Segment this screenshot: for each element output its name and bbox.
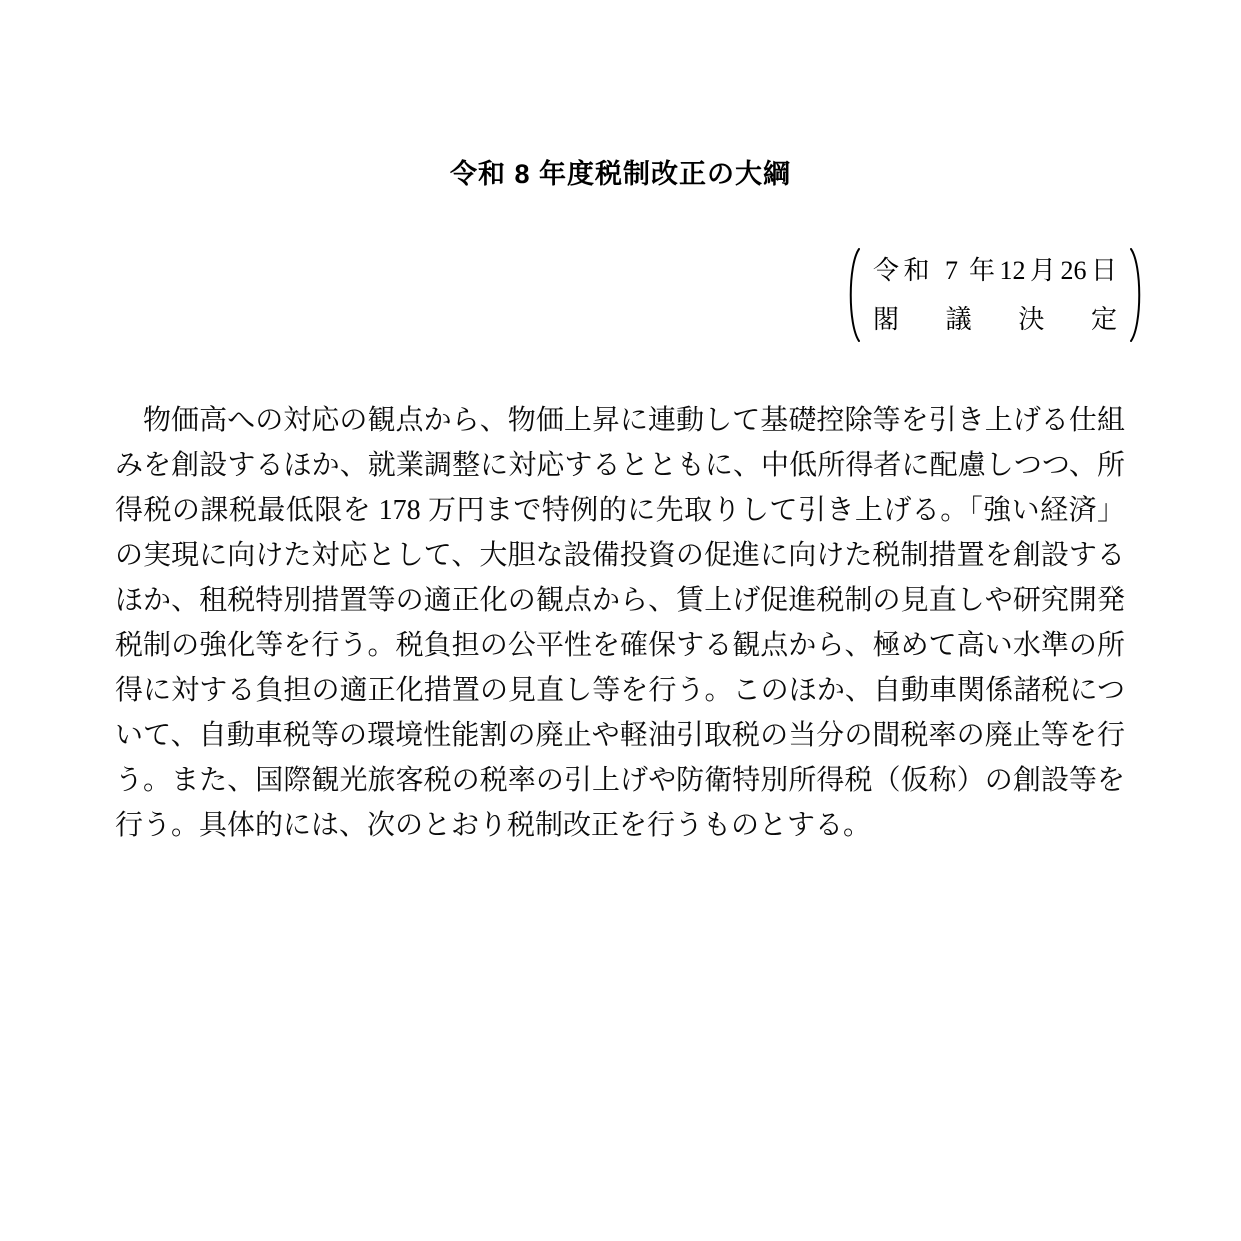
document-page: 令和 8 年度税制改正の大綱 令和 7 年12月26日 閣 議 決 定 物価高へ… <box>0 0 1241 1241</box>
left-bracket-decoration <box>845 247 861 343</box>
cabinet-decision-content: 令和 7 年12月26日 閣 議 決 定 <box>861 247 1129 343</box>
right-bracket-decoration <box>1129 247 1145 343</box>
document-title: 令和 8 年度税制改正の大綱 <box>0 152 1241 191</box>
decision-date: 令和 7 年12月26日 <box>873 252 1117 290</box>
body-paragraph: 物価高への対応の観点から、物価上昇に連動して基礎控除等を引き上げる仕組みを創設す… <box>115 398 1125 848</box>
decision-label: 閣 議 決 定 <box>873 301 1117 339</box>
cabinet-decision-box: 令和 7 年12月26日 閣 議 決 定 <box>845 247 1145 343</box>
